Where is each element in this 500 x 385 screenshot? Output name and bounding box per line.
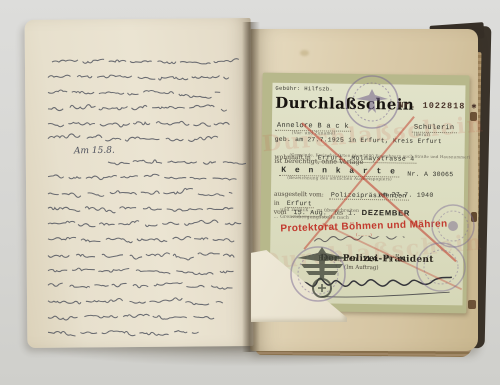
- round-ink-stamp-icon: [414, 240, 468, 294]
- cover-chip: [468, 300, 476, 309]
- eagle-stamp-icon: [296, 246, 348, 302]
- handwriting-legible-fragment: Am 15.8.: [74, 146, 115, 157]
- handwriting-text: [46, 46, 246, 342]
- round-eagle-stamp-icon: [343, 73, 401, 131]
- foxing-spot: [300, 50, 309, 56]
